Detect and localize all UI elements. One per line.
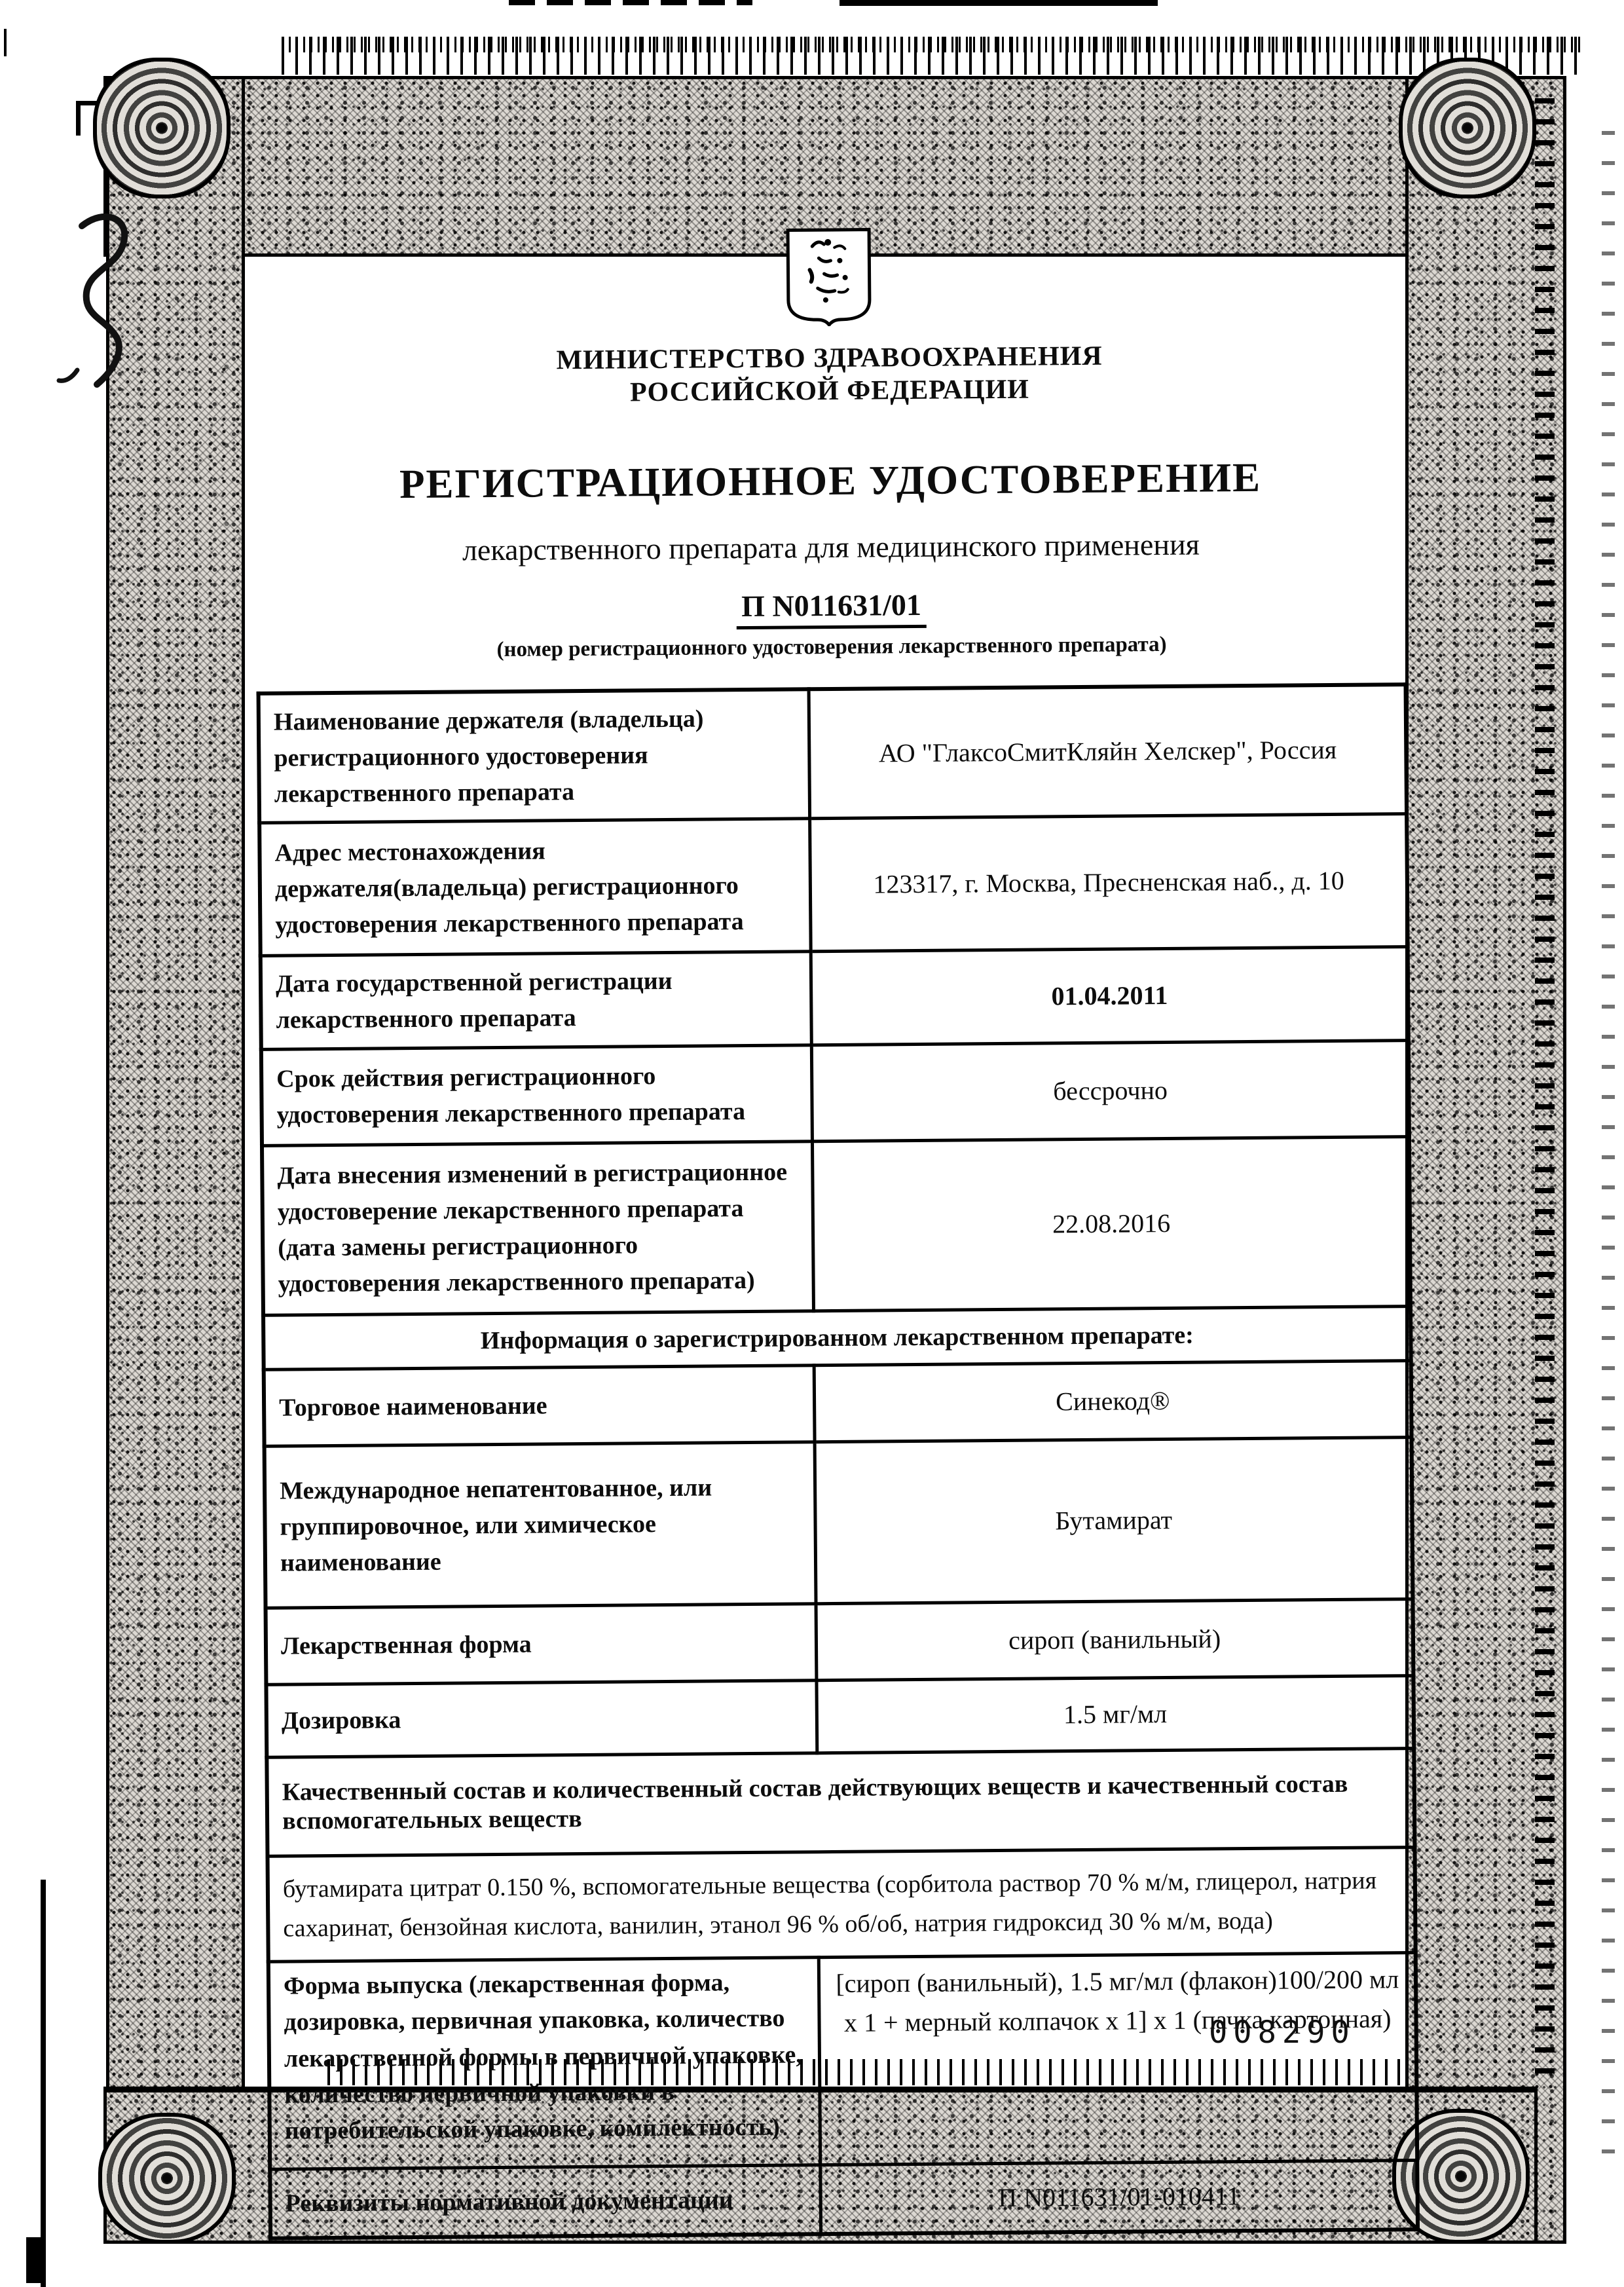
section-header: Качественный состав и количественный сос… xyxy=(267,1749,1414,1857)
row-label: Дата внесения изменений в регистрационно… xyxy=(262,1142,814,1316)
row-value: [сироп (ванильный), 1.5 мг/мл (флакон)10… xyxy=(819,1953,1418,2165)
row-value: 123317, г. Москва, Пресненская наб., д. … xyxy=(810,814,1408,952)
row-value: 22.08.2016 xyxy=(813,1137,1411,1311)
registration-number-note: (номер регистрационного удостоверения ле… xyxy=(256,631,1407,664)
registration-number: П N011631/01 xyxy=(736,587,927,629)
row-inn-name: Международное непатентованное, или групп… xyxy=(265,1438,1413,1608)
row-composition-header: Качественный состав и количественный сос… xyxy=(267,1749,1414,1857)
row-info-header: Информация о зарегистрированном лекарств… xyxy=(263,1307,1411,1370)
ministry-name-line1: МИНИСТЕРСТВО ЗДРАВООХРАНЕНИЯ xyxy=(253,339,1405,378)
row-value: сироп (ванильный) xyxy=(816,1599,1413,1681)
row-value: АО "ГлаксоСмитКляйн Хелскер", Россия xyxy=(809,684,1407,819)
scan-left-edge-line xyxy=(41,1880,46,2287)
row-holder-name: Наименование держателя (владельца) регис… xyxy=(259,684,1407,823)
row-label: Адрес местонахождения держателя(владельц… xyxy=(259,819,811,956)
scan-left-edge-tick xyxy=(4,29,7,56)
row-label: Срок действия регистрационного удостовер… xyxy=(261,1045,813,1146)
state-emblem-icon xyxy=(784,226,873,326)
ministry-name-line2: РОССИЙСКОЙ ФЕДЕРАЦИИ xyxy=(254,371,1405,411)
scanned-certificate-page: МИНИСТЕРСТВО ЗДРАВООХРАНЕНИЯ РОССИЙСКОЙ … xyxy=(0,0,1624,2287)
row-label: Реквизиты нормативной документации xyxy=(270,2165,821,2239)
row-value: Бутамират xyxy=(815,1438,1413,1604)
row-label: Дата государственной регистрации лекарст… xyxy=(261,952,812,1050)
row-dosage: Дозировка 1.5 мг/мл xyxy=(266,1676,1414,1758)
corner-rosette-top-right xyxy=(1399,58,1536,198)
row-label: Дозировка xyxy=(266,1681,817,1758)
row-release-form: Форма выпуска (лекарственная форма, дози… xyxy=(268,1953,1417,2170)
row-value: Синекод® xyxy=(815,1361,1412,1442)
border-dash-column-right xyxy=(1535,98,1555,2083)
composition-text: бутамирата цитрат 0.150 %, вспомогательн… xyxy=(268,1848,1416,1962)
registration-number-wrap: П N011631/01 xyxy=(255,584,1407,633)
document-title: РЕГИСТРАЦИОННОЕ УДОСТОВЕРЕНИЕ xyxy=(255,453,1407,510)
row-dosage-form: Лекарственная форма сироп (ванильный) xyxy=(266,1599,1414,1685)
row-value: 01.04.2011 xyxy=(811,947,1409,1045)
row-trade-name: Торговое наименование Синекод® xyxy=(264,1361,1412,1447)
border-tick-strip-top xyxy=(282,37,1581,75)
scan-edge-line xyxy=(840,0,1158,6)
serial-number: 008290 xyxy=(1209,2015,1356,2051)
row-label: Торговое наименование xyxy=(264,1366,815,1447)
corner-rosette-bottom-left xyxy=(98,2113,236,2244)
row-holder-address: Адрес местонахождения держателя(владельц… xyxy=(259,814,1408,956)
handwritten-mark xyxy=(26,206,151,403)
row-composition-detail: бутамирата цитрат 0.150 %, вспомогательн… xyxy=(268,1848,1416,1962)
row-value: бессрочно xyxy=(812,1041,1409,1142)
section-header: Информация о зарегистрированном лекарств… xyxy=(263,1307,1411,1370)
scan-left-edge-blob xyxy=(26,2237,43,2283)
row-label: Лекарственная форма xyxy=(266,1604,817,1685)
row-registration-date: Дата государственной регистрации лекарст… xyxy=(261,947,1409,1050)
row-value: П N011631/01-010411 xyxy=(821,2161,1418,2235)
row-label: Форма выпуска (лекарственная форма, дози… xyxy=(268,1958,821,2170)
certificate-content: МИНИСТЕРСТВО ЗДРАВООХРАНЕНИЯ РОССИЙСКОЙ … xyxy=(253,222,1420,2241)
border-inner-left-marks xyxy=(220,282,250,2050)
scan-right-edge-dashes xyxy=(1602,131,1615,2161)
scan-edge-dashes xyxy=(509,0,752,5)
row-amendment-date: Дата внесения изменений в регистрационно… xyxy=(262,1137,1411,1316)
row-value: 1.5 мг/мл xyxy=(817,1676,1414,1753)
row-label: Международное непатентованное, или групп… xyxy=(265,1442,817,1608)
row-normative-docs: Реквизиты нормативной документации П N01… xyxy=(270,2161,1418,2239)
registration-table: Наименование держателя (владельца) регис… xyxy=(257,682,1420,2241)
row-label: Наименование держателя (владельца) регис… xyxy=(259,690,810,823)
document-subtitle: лекарственного препарата для медицинског… xyxy=(255,525,1407,569)
row-validity-period: Срок действия регистрационного удостовер… xyxy=(261,1041,1409,1146)
corner-rosette-top-left xyxy=(93,58,231,198)
